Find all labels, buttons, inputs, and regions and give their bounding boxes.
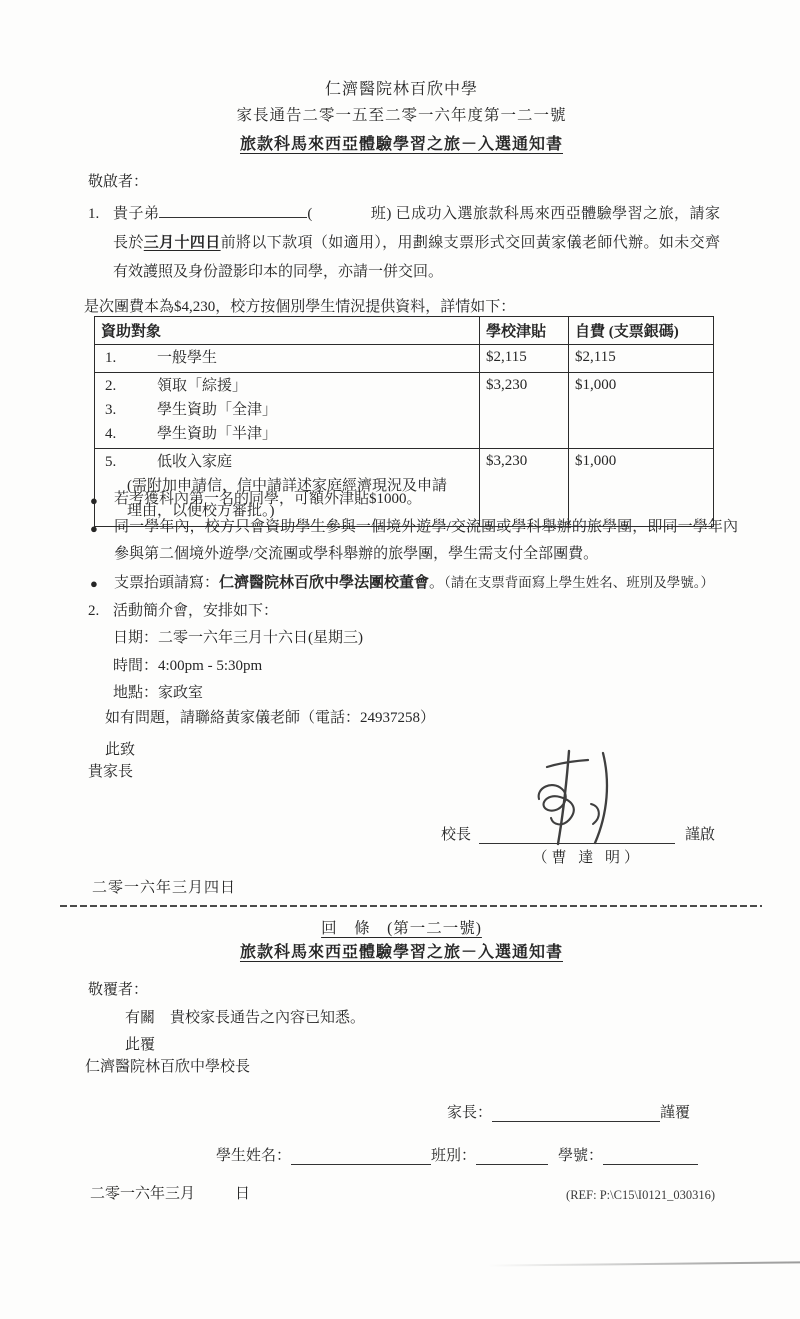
reference-code: (REF: P:\C15\I0121_030316) [566, 1188, 715, 1203]
reply-slip-heading: 回 條 (第一二一號) [88, 916, 715, 938]
cell-self-pay: $2,115 [569, 345, 714, 373]
header-self-pay: 自費 (支票銀碼) [569, 317, 714, 345]
line-number: 2. [101, 374, 157, 398]
principal-signature-row: 校長 謹啟 [88, 818, 715, 844]
principal-signature-line [479, 819, 675, 844]
closing-cizhi: 此致 [105, 738, 135, 759]
class-label: 班別： [431, 1144, 476, 1165]
item1-number: 1. [88, 200, 99, 229]
paragraph-item-1: 1. 貴子弟(班) 已成功入選旅款科馬來西亞體驗學習之旅，請家長於三月十四日前將… [88, 200, 720, 287]
target-line: 3. 學生資助「全津」 [101, 398, 473, 422]
briefing-time: 時間：4:00pm - 5:30pm [88, 653, 363, 680]
cell-target: 1. 一般學生 [95, 345, 480, 373]
item1-lead: 貴子弟 [113, 206, 159, 222]
bullet-icon: ● [90, 515, 98, 543]
salutation: 敬啟者： [88, 170, 148, 191]
parent-label: 家長： [447, 1101, 492, 1122]
briefing-venue: 地點：家政室 [88, 680, 363, 707]
principal-honorific: 謹啟 [685, 823, 715, 844]
item1-paren-open: ( [307, 206, 312, 222]
cell-subsidy: $3,230 [480, 373, 569, 449]
target-line: 1. 一般學生 [101, 346, 473, 370]
cheque-back-note: （請在支票背面寫上學生姓名、班別及學號。） [444, 575, 714, 590]
note-text: 若考獲科內第一名的同學，可額外津貼$1000。 [114, 491, 422, 507]
header-subsidy: 學校津貼 [480, 317, 569, 345]
cell-self-pay: $1,000 [569, 373, 714, 449]
cell-subsidy: $2,115 [480, 345, 569, 373]
fee-table-header-row: 資助對象 學校津貼 自費 (支票銀碼) [95, 317, 714, 345]
reply-addressee: 仁濟醫院林百欣中學校長 [85, 1055, 250, 1076]
line-text: 一般學生 [157, 346, 217, 370]
line-number: 5. [101, 450, 157, 474]
note-cheque-payee: ● 支票抬頭請寫：仁濟醫院林百欣中學法團校董會。（請在支票背面寫上學生姓名、班別… [90, 569, 738, 598]
principal-name-row: （曹 達 明） [88, 846, 715, 867]
student-name-blank [291, 1150, 431, 1165]
bullet-icon: ● [90, 570, 98, 598]
principal-name: （曹 達 明） [532, 846, 643, 867]
reply-date: 二零一六年三月日 [90, 1182, 250, 1203]
student-name-label: 學生姓名： [216, 1144, 291, 1165]
closing-recipient: 貴家長 [88, 760, 133, 781]
line-text: 學生資助「全津」 [157, 398, 277, 422]
item2-number: 2. [88, 598, 99, 625]
student-name-blank [159, 203, 307, 218]
cut-dashed-line [60, 905, 762, 907]
note-bonus-subsidy: ● 若考獲科內第一名的同學，可額外津貼$1000。 [90, 486, 738, 514]
item2-intro: 活動簡介會，安排如下： [88, 598, 363, 625]
target-line: 5. 低收入家庭 [101, 450, 473, 474]
notice-number: 家長通告二零一五至二零一六年度第一二一號 [88, 103, 715, 125]
line-number: 1. [101, 346, 157, 370]
scanned-notice-page: 仁濟醫院林百欣中學 家長通告二零一五至二零一六年度第一二一號 旅款科馬來西亞體驗… [0, 0, 800, 1319]
item1-class-suffix: 班) [370, 206, 391, 222]
line-text: 領取「綜援」 [157, 374, 247, 398]
cheque-period: 。 [429, 575, 444, 591]
table-row: 1. 一般學生 $2,115 $2,115 [95, 345, 714, 373]
parent-honorific: 謹覆 [660, 1101, 690, 1122]
principal-label: 校長 [441, 823, 471, 844]
principal-signature [507, 747, 647, 847]
header-target: 資助對象 [95, 317, 480, 345]
contact-line: 如有問題，請聯絡黃家儀老師（電話：24937258） [105, 706, 435, 727]
cell-target: 2. 領取「綜援」 3. 學生資助「全津」 4. 學生資助「半津」 [95, 373, 480, 449]
paragraph-item-2: 2. 活動簡介會，安排如下： 日期：二零一六年三月十六日(星期三) 時間：4:0… [88, 598, 363, 707]
document-body: 仁濟醫院林百欣中學 家長通告二零一五至二零一六年度第一二一號 旅款科馬來西亞體驗… [88, 0, 715, 1319]
line-number: 4. [101, 422, 157, 446]
class-blank [476, 1150, 548, 1165]
target-line: 2. 領取「綜援」 [101, 374, 473, 398]
issue-date: 二零一六年三月四日 [92, 876, 236, 897]
student-no-label: 學號： [558, 1144, 603, 1165]
line-text: 學生資助「半津」 [157, 422, 277, 446]
line-number: 3. [101, 398, 157, 422]
student-no-blank [603, 1150, 698, 1165]
table-row: 2. 領取「綜援」 3. 學生資助「全津」 4. 學生資助「半津」 $3,230 [95, 373, 714, 449]
reply-date-suffix: 日 [235, 1186, 250, 1202]
notes-list: ● 若考獲科內第一名的同學，可額外津貼$1000。 ● 同一學年內，校方只會資助… [90, 486, 738, 597]
payment-deadline: 三月十四日 [144, 235, 221, 251]
parent-signature-row: 家長： 謹覆 [88, 1100, 715, 1122]
note-text: 同一學年內，校方只會資助學生參與一個境外遊學/交流團或學科舉辦的旅學團，即同一學… [114, 519, 738, 563]
school-name: 仁濟醫院林百欣中學 [88, 76, 715, 99]
notice-title: 旅款科馬來西亞體驗學習之旅－入選通知書 [88, 131, 715, 154]
parent-signature-blank [492, 1107, 660, 1122]
reply-body: 有關 貴校家長通告之內容已知悉。 [125, 1006, 365, 1027]
bullet-icon: ● [90, 487, 98, 515]
target-line: 4. 學生資助「半津」 [101, 422, 473, 446]
fee-intro: 是次團費本為$4,230，校方按個別學生情況提供資料，詳情如下： [84, 295, 515, 316]
briefing-date: 日期：二零一六年三月十六日(星期三) [88, 625, 363, 652]
item1-text: 貴子弟(班) 已成功入選旅款科馬來西亞體驗學習之旅，請家長於三月十四日前將以下款… [88, 200, 720, 287]
reply-date-prefix: 二零一六年三月 [90, 1186, 195, 1202]
reply-slip-title: 旅款科馬來西亞體驗學習之旅－入選通知書 [88, 939, 715, 962]
reply-salutation: 敬覆者： [88, 978, 148, 999]
line-text: 低收入家庭 [157, 450, 232, 474]
note-single-subsidy: ● 同一學年內，校方只會資助學生參與一個境外遊學/交流團或學科舉辦的旅學團，即同… [90, 514, 738, 569]
student-info-row: 學生姓名： 班別： 學號： [216, 1143, 698, 1165]
reply-cifu: 此覆 [125, 1033, 155, 1054]
cheque-payee-name: 仁濟醫院林百欣中學法團校董會 [219, 575, 429, 591]
cheque-prefix: 支票抬頭請寫： [114, 575, 219, 591]
reply-date-row: 二零一六年三月日 (REF: P:\C15\I0121_030316) [90, 1182, 715, 1203]
